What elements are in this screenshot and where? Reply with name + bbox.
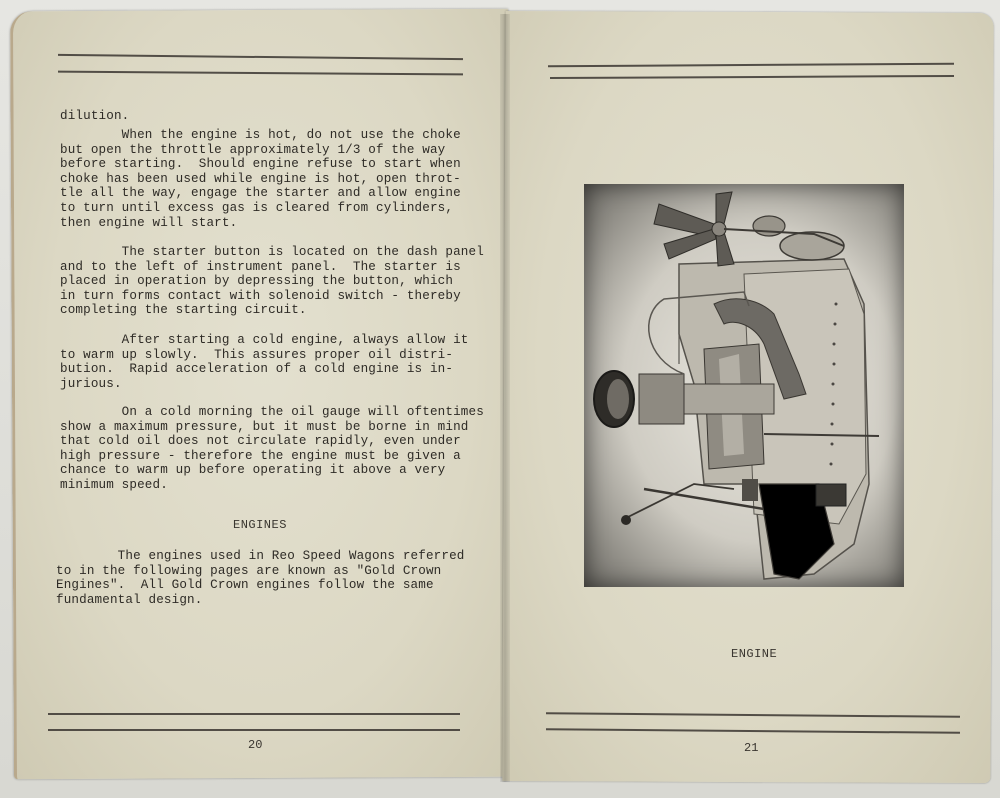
line: Engines". All Gold Crown engines follow … [56,578,434,592]
line: jurious. [60,377,122,391]
line: choke has been used while engine is hot,… [60,172,461,186]
left-bottom-rule-1 [48,713,460,715]
left-page [10,9,512,780]
line: then engine will start. [60,216,237,230]
section-heading: ENGINES [233,518,287,532]
section-paragraph: The engines used in Reo Speed Wagons ref… [56,549,465,607]
line: and to the left of instrument panel. The… [60,260,461,274]
line: dilution. [60,109,129,123]
line: minimum speed. [60,478,168,492]
line: placed in operation by depressing the bu… [60,274,453,288]
paragraph-3: After starting a cold engine, always all… [60,333,469,391]
line: to turn until excess gas is cleared from… [60,201,453,215]
line: tle all the way, engage the starter and … [60,186,461,200]
line: When the engine is hot, do not use the c… [60,128,461,142]
page-number-right: 21 [744,741,758,755]
line: bution. Rapid acceleration of a cold eng… [60,362,453,376]
engine-illustration [584,184,904,587]
figure-caption: ENGINE [731,647,777,661]
paragraph-1: When the engine is hot, do not use the c… [60,128,461,230]
line: before starting. Should engine refuse to… [60,157,461,171]
line: The engines used in Reo Speed Wagons ref… [56,549,465,563]
line: On a cold morning the oil gauge will oft… [60,405,484,419]
line: chance to warm up before operating it ab… [60,463,445,477]
line: that cold oil does not circulate rapidly… [60,434,461,448]
line: but open the throttle approximately 1/3 … [60,143,445,157]
paragraph-0: dilution. [60,94,129,123]
book-gutter [500,14,510,782]
line: After starting a cold engine, always all… [60,333,469,347]
line: completing the starting circuit. [60,303,307,317]
left-bottom-rule-2 [48,729,460,731]
paragraph-2: The starter button is located on the das… [60,245,484,318]
line: to in the following pages are known as "… [56,564,441,578]
paragraph-4: On a cold morning the oil gauge will oft… [60,405,484,493]
page-number-left: 20 [248,738,262,752]
line: The starter button is located on the das… [60,245,484,259]
line: to warm up slowly. This assures proper o… [60,348,453,362]
line: in turn forms contact with solenoid swit… [60,289,461,303]
line: show a maximum pressure, but it must be … [60,420,469,434]
engine-photograph [584,184,904,587]
line: fundamental design. [56,593,202,607]
line: high pressure - therefore the engine mus… [60,449,461,463]
